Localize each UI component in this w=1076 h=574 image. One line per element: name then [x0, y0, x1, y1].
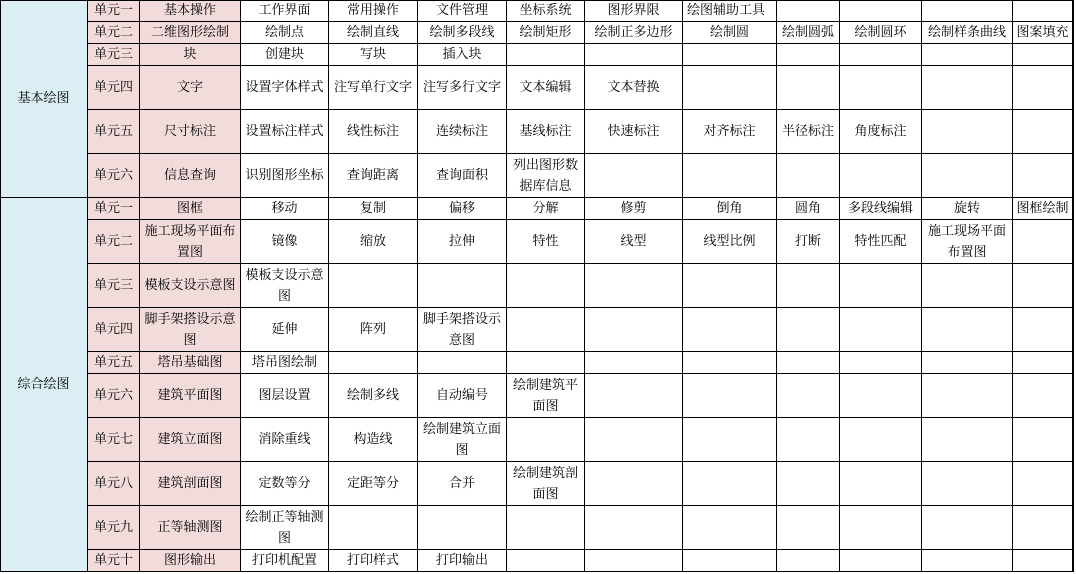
empty-cell	[1013, 418, 1073, 462]
item-cell: 坐标系统	[507, 0, 585, 22]
item-cell: 打印输出	[418, 550, 507, 572]
empty-cell	[585, 154, 683, 198]
empty-cell	[1013, 308, 1073, 352]
item-cell: 图形界限	[585, 0, 683, 22]
item-cell: 快速标注	[585, 110, 683, 154]
empty-cell	[777, 374, 840, 418]
empty-cell	[418, 264, 507, 308]
empty-cell	[507, 44, 585, 66]
empty-cell	[683, 66, 777, 110]
empty-cell	[777, 44, 840, 66]
unit-cell: 单元一	[88, 0, 140, 22]
item-cell: 线型比例	[683, 220, 777, 264]
item-cell: 查询距离	[329, 154, 418, 198]
empty-cell	[507, 550, 585, 572]
item-cell: 分解	[507, 198, 585, 220]
empty-cell	[683, 418, 777, 462]
empty-cell	[922, 352, 1013, 374]
item-cell: 对齐标注	[683, 110, 777, 154]
topic-cell: 图形输出	[140, 550, 241, 572]
item-cell: 写块	[329, 44, 418, 66]
topic-cell: 脚手架搭设示意图	[140, 308, 241, 352]
empty-cell	[922, 462, 1013, 506]
empty-cell	[922, 308, 1013, 352]
item-cell: 绘制建筑平面图	[507, 374, 585, 418]
item-cell: 绘制圆弧	[777, 22, 840, 44]
item-cell: 图案填充	[1013, 22, 1073, 44]
unit-cell: 单元五	[88, 110, 140, 154]
empty-cell	[777, 154, 840, 198]
empty-cell	[329, 506, 418, 550]
item-cell: 特性匹配	[840, 220, 922, 264]
item-cell: 合并	[418, 462, 507, 506]
topic-cell: 塔吊基础图	[140, 352, 241, 374]
unit-cell: 单元六	[88, 374, 140, 418]
item-cell: 绘制直线	[329, 22, 418, 44]
topic-cell: 建筑平面图	[140, 374, 241, 418]
empty-cell	[683, 352, 777, 374]
empty-cell	[507, 506, 585, 550]
item-cell: 文本编辑	[507, 66, 585, 110]
empty-cell	[777, 0, 840, 22]
empty-cell	[585, 264, 683, 308]
item-cell: 圆角	[777, 198, 840, 220]
item-cell: 绘制圆	[683, 22, 777, 44]
item-cell: 线型	[585, 220, 683, 264]
category-cell: 综合绘图	[0, 198, 88, 572]
unit-cell: 单元十	[88, 550, 140, 572]
item-cell: 文本替换	[585, 66, 683, 110]
empty-cell	[585, 506, 683, 550]
empty-cell	[840, 264, 922, 308]
empty-cell	[922, 264, 1013, 308]
item-cell: 自动编号	[418, 374, 507, 418]
unit-cell: 单元二	[88, 22, 140, 44]
item-cell: 定数等分	[241, 462, 329, 506]
empty-cell	[1013, 374, 1073, 418]
item-cell: 文件管理	[418, 0, 507, 22]
item-cell: 图框绘制	[1013, 198, 1073, 220]
topic-cell: 模板支设示意图	[140, 264, 241, 308]
unit-cell: 单元三	[88, 44, 140, 66]
empty-cell	[777, 264, 840, 308]
empty-cell	[507, 352, 585, 374]
topic-cell: 图框	[140, 198, 241, 220]
unit-cell: 单元九	[88, 506, 140, 550]
empty-cell	[777, 462, 840, 506]
empty-cell	[1013, 110, 1073, 154]
empty-cell	[777, 418, 840, 462]
empty-cell	[840, 352, 922, 374]
item-cell: 偏移	[418, 198, 507, 220]
topic-cell: 二维图形绘制	[140, 22, 241, 44]
unit-cell: 单元六	[88, 154, 140, 198]
item-cell: 倒角	[683, 198, 777, 220]
empty-cell	[1013, 0, 1073, 22]
item-cell: 模板支设示意图	[241, 264, 329, 308]
empty-cell	[840, 506, 922, 550]
empty-cell	[1013, 506, 1073, 550]
topic-cell: 正等轴测图	[140, 506, 241, 550]
unit-cell: 单元三	[88, 264, 140, 308]
empty-cell	[329, 264, 418, 308]
empty-cell	[840, 550, 922, 572]
empty-cell	[683, 550, 777, 572]
empty-cell	[922, 66, 1013, 110]
empty-cell	[683, 154, 777, 198]
topic-cell: 建筑剖面图	[140, 462, 241, 506]
empty-cell	[922, 44, 1013, 66]
empty-cell	[683, 462, 777, 506]
item-cell: 绘制多线	[329, 374, 418, 418]
item-cell: 列出图形数据库信息	[507, 154, 585, 198]
item-cell: 线性标注	[329, 110, 418, 154]
item-cell: 绘制矩形	[507, 22, 585, 44]
empty-cell	[418, 506, 507, 550]
item-cell: 特性	[507, 220, 585, 264]
empty-cell	[683, 264, 777, 308]
item-cell: 连续标注	[418, 110, 507, 154]
unit-cell: 单元一	[88, 198, 140, 220]
item-cell: 绘制圆环	[840, 22, 922, 44]
item-cell: 打印机配置	[241, 550, 329, 572]
item-cell: 识别图形坐标	[241, 154, 329, 198]
item-cell: 构造线	[329, 418, 418, 462]
item-cell: 创建块	[241, 44, 329, 66]
topic-cell: 建筑立面图	[140, 418, 241, 462]
empty-cell	[585, 308, 683, 352]
item-cell: 插入块	[418, 44, 507, 66]
empty-cell	[585, 550, 683, 572]
empty-cell	[922, 506, 1013, 550]
empty-cell	[1013, 264, 1073, 308]
empty-cell	[840, 154, 922, 198]
empty-cell	[329, 352, 418, 374]
empty-cell	[840, 44, 922, 66]
empty-cell	[840, 418, 922, 462]
empty-cell	[1013, 462, 1073, 506]
empty-cell	[777, 352, 840, 374]
item-cell: 塔吊图绘制	[241, 352, 329, 374]
item-cell: 缩放	[329, 220, 418, 264]
item-cell: 绘制建筑立面图	[418, 418, 507, 462]
item-cell: 消除重线	[241, 418, 329, 462]
empty-cell	[683, 44, 777, 66]
item-cell: 查询面积	[418, 154, 507, 198]
unit-cell: 单元七	[88, 418, 140, 462]
item-cell: 工作界面	[241, 0, 329, 22]
empty-cell	[922, 154, 1013, 198]
item-cell: 绘制点	[241, 22, 329, 44]
empty-cell	[507, 418, 585, 462]
item-cell: 注写单行文字	[329, 66, 418, 110]
item-cell: 设置字体样式	[241, 66, 329, 110]
item-cell: 绘制建筑剖面图	[507, 462, 585, 506]
empty-cell	[922, 110, 1013, 154]
unit-cell: 单元四	[88, 66, 140, 110]
empty-cell	[1013, 44, 1073, 66]
empty-cell	[922, 0, 1013, 22]
category-cell: 基本绘图	[0, 0, 88, 198]
empty-cell	[777, 506, 840, 550]
empty-cell	[585, 462, 683, 506]
empty-cell	[777, 66, 840, 110]
empty-cell	[507, 264, 585, 308]
empty-cell	[1013, 352, 1073, 374]
topic-cell: 尺寸标注	[140, 110, 241, 154]
empty-cell	[683, 506, 777, 550]
unit-cell: 单元二	[88, 220, 140, 264]
curriculum-table: 基本绘图综合绘图单元一基本操作工作界面常用操作文件管理坐标系统图形界限绘图辅助工…	[0, 0, 1076, 574]
empty-cell	[418, 352, 507, 374]
unit-cell: 单元五	[88, 352, 140, 374]
empty-cell	[585, 374, 683, 418]
item-cell: 多段线编辑	[840, 198, 922, 220]
topic-cell: 信息查询	[140, 154, 241, 198]
empty-cell	[922, 374, 1013, 418]
item-cell: 设置标注样式	[241, 110, 329, 154]
empty-cell	[1013, 550, 1073, 572]
unit-cell: 单元八	[88, 462, 140, 506]
item-cell: 延伸	[241, 308, 329, 352]
empty-cell	[922, 418, 1013, 462]
topic-cell: 块	[140, 44, 241, 66]
item-cell: 绘制样条曲线	[922, 22, 1013, 44]
empty-cell	[585, 418, 683, 462]
topic-cell: 基本操作	[140, 0, 241, 22]
item-cell: 复制	[329, 198, 418, 220]
empty-cell	[840, 308, 922, 352]
empty-cell	[840, 462, 922, 506]
empty-cell	[683, 374, 777, 418]
empty-cell	[777, 550, 840, 572]
item-cell: 角度标注	[840, 110, 922, 154]
item-cell: 打断	[777, 220, 840, 264]
item-cell: 绘图辅助工具	[683, 0, 777, 22]
item-cell: 移动	[241, 198, 329, 220]
item-cell: 绘制正等轴测图	[241, 506, 329, 550]
item-cell: 常用操作	[329, 0, 418, 22]
item-cell: 拉伸	[418, 220, 507, 264]
item-cell: 图层设置	[241, 374, 329, 418]
empty-cell	[683, 308, 777, 352]
item-cell: 绘制正多边形	[585, 22, 683, 44]
item-cell: 定距等分	[329, 462, 418, 506]
unit-cell: 单元四	[88, 308, 140, 352]
empty-cell	[922, 550, 1013, 572]
empty-cell	[840, 0, 922, 22]
empty-cell	[1013, 220, 1073, 264]
empty-cell	[507, 308, 585, 352]
item-cell: 半径标注	[777, 110, 840, 154]
item-cell: 脚手架搭设示意图	[418, 308, 507, 352]
empty-cell	[840, 374, 922, 418]
item-cell: 绘制多段线	[418, 22, 507, 44]
item-cell: 基线标注	[507, 110, 585, 154]
item-cell: 修剪	[585, 198, 683, 220]
item-cell: 施工现场平面布置图	[922, 220, 1013, 264]
item-cell: 阵列	[329, 308, 418, 352]
empty-cell	[1013, 66, 1073, 110]
empty-cell	[1013, 154, 1073, 198]
topic-cell: 文字	[140, 66, 241, 110]
empty-cell	[585, 44, 683, 66]
empty-cell	[777, 308, 840, 352]
empty-cell	[585, 352, 683, 374]
topic-cell: 施工现场平面布置图	[140, 220, 241, 264]
item-cell: 旋转	[922, 198, 1013, 220]
empty-cell	[840, 66, 922, 110]
item-cell: 镜像	[241, 220, 329, 264]
item-cell: 注写多行文字	[418, 66, 507, 110]
item-cell: 打印样式	[329, 550, 418, 572]
